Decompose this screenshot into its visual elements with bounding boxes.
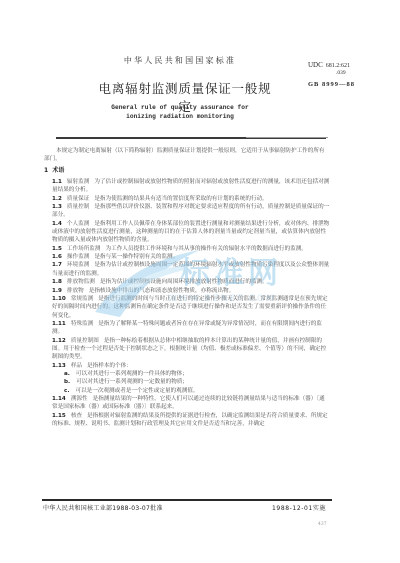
term-1-7: 1.7环境监测是指为估计或控制核设施周围一定范围的环境辐射水平或放射性物质污染程… (44, 261, 330, 278)
term-number: 1.4 (52, 221, 62, 227)
term-number: 1.8 (52, 279, 62, 285)
term-name: 环境监测 (67, 262, 89, 268)
term-number: 1.12 (52, 338, 66, 344)
footer-divider (42, 499, 332, 501)
term-name: 特殊监测 (71, 321, 93, 327)
sub-item-text: 可以是一次观测或者是一个定性或定量的观测值。 (75, 388, 198, 394)
term-name: 排放物 (67, 288, 84, 294)
term-name: 质量控制 (67, 204, 89, 210)
udc-code-continued: .039 (308, 70, 350, 77)
term-definition: 为了估计或控制辐射或放射性物质的照射而对辐射或放射性活度进行的测量，该术语还包括… (52, 179, 329, 193)
term-number: 1.6 (52, 254, 62, 260)
term-name: 工作场所监测 (67, 246, 101, 252)
term-definition: 是指核设施中排出的气态和液态放射性物质，亦称流出物。 (89, 288, 234, 294)
document-page: 中华人民共和国国家标准 UDC681.2:621 .039 GB 8999—88… (0, 0, 400, 563)
term-definition: 是指那些借以评价仪器、装置和程序对既定要求适应程度的所有行动，质量控制是质量保证… (52, 204, 329, 218)
implementation-date: 1988-12-01实施 (272, 503, 326, 512)
udc-classification: UDC681.2:621 .039 (308, 62, 350, 77)
term-definition: 是指与某一操作特别有关的监测。 (94, 254, 178, 260)
term-name: 样品 (71, 363, 82, 369)
term-definition: 是指测量结果的一种特性，它使人们可以通过连续的比较链将测量结果与适当的标准（器）… (52, 396, 325, 410)
term-definition: 是指利用工作人员佩带在身体某部位的装置进行测量和对测量结果进行分析，或对体内、排… (52, 221, 329, 244)
term-number: 1.13 (52, 363, 66, 369)
term-name: 常规监测 (71, 296, 93, 302)
term-1-13: 1.13样品是指样本的个体： (44, 362, 330, 370)
intro-paragraph: 本规定为制定电离辐射（以下简称辐射）监测质量保证计划提供一般原则，它适用于从事辐… (44, 147, 330, 164)
term-1-5: 1.5工作场所监测为工作人员提供工作环境和与其从事的操作有关的辐射水平的数据而进… (44, 245, 330, 253)
term-1-11: 1.11特殊监测是指为了解释某一特殊问题或者旨在存在异常或疑为异常情况时，而在有… (44, 320, 330, 337)
term-number: 1.9 (52, 288, 62, 294)
term-definition: 是指为估计或控制核设施周围一定范围的环境辐射水平或放射性物质污染程度以及公众整体… (52, 262, 329, 276)
gb-standard-number: GB 8999—88 (308, 81, 355, 88)
term-name: 个人监测 (67, 221, 89, 227)
section-title: 术语 (52, 167, 64, 174)
term-name: 溯源性 (71, 396, 88, 402)
term-number: 1.14 (52, 396, 66, 402)
sub-item-b: b.可以对其进行一系列观测的一定数量的物质； (44, 378, 330, 386)
term-number: 1.2 (52, 196, 62, 202)
term-definition: 是指为使监测的结果具有适当的置信度所采取的有计划的系统的行动。 (94, 196, 267, 202)
term-1-8: 1.8排放物监测是指为估计或控制核设施向周围环境排放放射性物质而进行的监测。 (44, 278, 330, 286)
term-number: 1.11 (52, 321, 66, 327)
term-1-14: 1.14溯源性是指测量结果的一种特性，它使人们可以通过连续的比较链将测量结果与适… (44, 395, 330, 412)
approval-date: 中华人民共和国核工业部1988-03-07批准 (43, 503, 163, 512)
term-1-2: 1.2质量保证是指为使监测的结果具有适当的置信度所采取的有计划的系统的行动。 (44, 195, 330, 203)
term-name: 核查 (71, 413, 82, 419)
term-number: 1.3 (52, 204, 62, 210)
term-name: 操作监测 (67, 254, 89, 260)
sub-item-a: a.可以对其进行一系列观测的一件具体的物体； (44, 370, 330, 378)
title-english-line-2: ionizing radiation monitoring (100, 112, 260, 121)
term-number: 1.1 (52, 179, 62, 185)
udc-label: UDC (308, 61, 323, 69)
term-number: 1.7 (52, 262, 62, 268)
standard-organization: 中华人民共和国国家标准 (100, 55, 260, 66)
term-name: 排放物监测 (67, 279, 95, 285)
term-name: 质量保证 (67, 196, 89, 202)
term-number: 1.10 (52, 296, 66, 302)
header-divider-faint (246, 137, 328, 138)
document-body: 本规定为制定电离辐射（以下简称辐射）监测质量保证计划提供一般原则，它适用于从事辐… (44, 147, 330, 428)
term-1-4: 1.4个人监测是指利用工作人员佩带在身体某部位的装置进行测量和对测量结果进行分析… (44, 220, 330, 245)
term-1-6: 1.6操作监测是指与某一操作特别有关的监测。 (44, 253, 330, 261)
term-name: 辐射监测 (67, 179, 89, 185)
udc-code: 681.2:621 (326, 63, 350, 69)
sub-item-text: 可以对其进行一系列观测的一定数量的物质； (76, 379, 188, 385)
sub-item-marker: c. (64, 388, 69, 394)
term-definition: 是指为估计或控制核设施向周围环境排放放射性物质而进行的监测。 (100, 279, 268, 285)
term-1-9: 1.9排放物是指核设施中排出的气态和液态放射性物质，亦称流出物。 (44, 287, 330, 295)
term-1-3: 1.3质量控制是指那些借以评价仪器、装置和程序对既定要求适应程度的所有行动，质量… (44, 203, 330, 220)
title-english-line-1: General rule of quality assurance for (100, 103, 260, 112)
term-number: 1.15 (52, 413, 66, 419)
term-1-12: 1.12质量控制图是指一种标绘着根据从总体中相继抽取的样本计算出的某种统计量的值… (44, 337, 330, 362)
document-title-english: General rule of quality assurance for io… (100, 103, 260, 121)
sub-item-marker: b. (64, 379, 70, 385)
term-number: 1.5 (52, 246, 62, 252)
term-definition: 是指进行监测的时间与当时正在进行的特定操作步骤无关的监测。常规监测通常是在预先规… (52, 296, 328, 319)
sub-item-text: 可以对其进行一系列观测的一件具体的物体； (76, 371, 188, 377)
sub-item-marker: a. (64, 371, 70, 377)
term-1-1: 1.1辐射监测为了估计或控制辐射或放射性物质的照射而对辐射或放射性活度进行的测量… (44, 178, 330, 195)
section-heading: 1 术语 (44, 167, 330, 175)
term-1-15: 1.15核查是指根据对辐射监测的结果及所提供的证据进行检查，以确定监测结果是否符… (44, 412, 330, 429)
term-definition: 是指根据对辐射监测的结果及所提供的证据进行检查，以确定监测结果是否符合质量要求、… (52, 413, 328, 427)
term-1-10: 1.10常规监测是指进行监测的时间与当时正在进行的特定操作步骤无关的监测。常规监… (44, 295, 330, 320)
page-number: 437 (318, 522, 327, 527)
section-number: 1 (44, 167, 48, 174)
term-definition: 是指样本的个体： (87, 363, 132, 369)
term-name: 质量控制图 (71, 338, 99, 344)
sub-item-c: c.可以是一次观测或者是一个定性或定量的观测值。 (44, 387, 330, 395)
term-definition: 为工作人员提供工作环境和与其从事的操作有关的辐射水平的数据而进行的监测。 (106, 246, 307, 252)
